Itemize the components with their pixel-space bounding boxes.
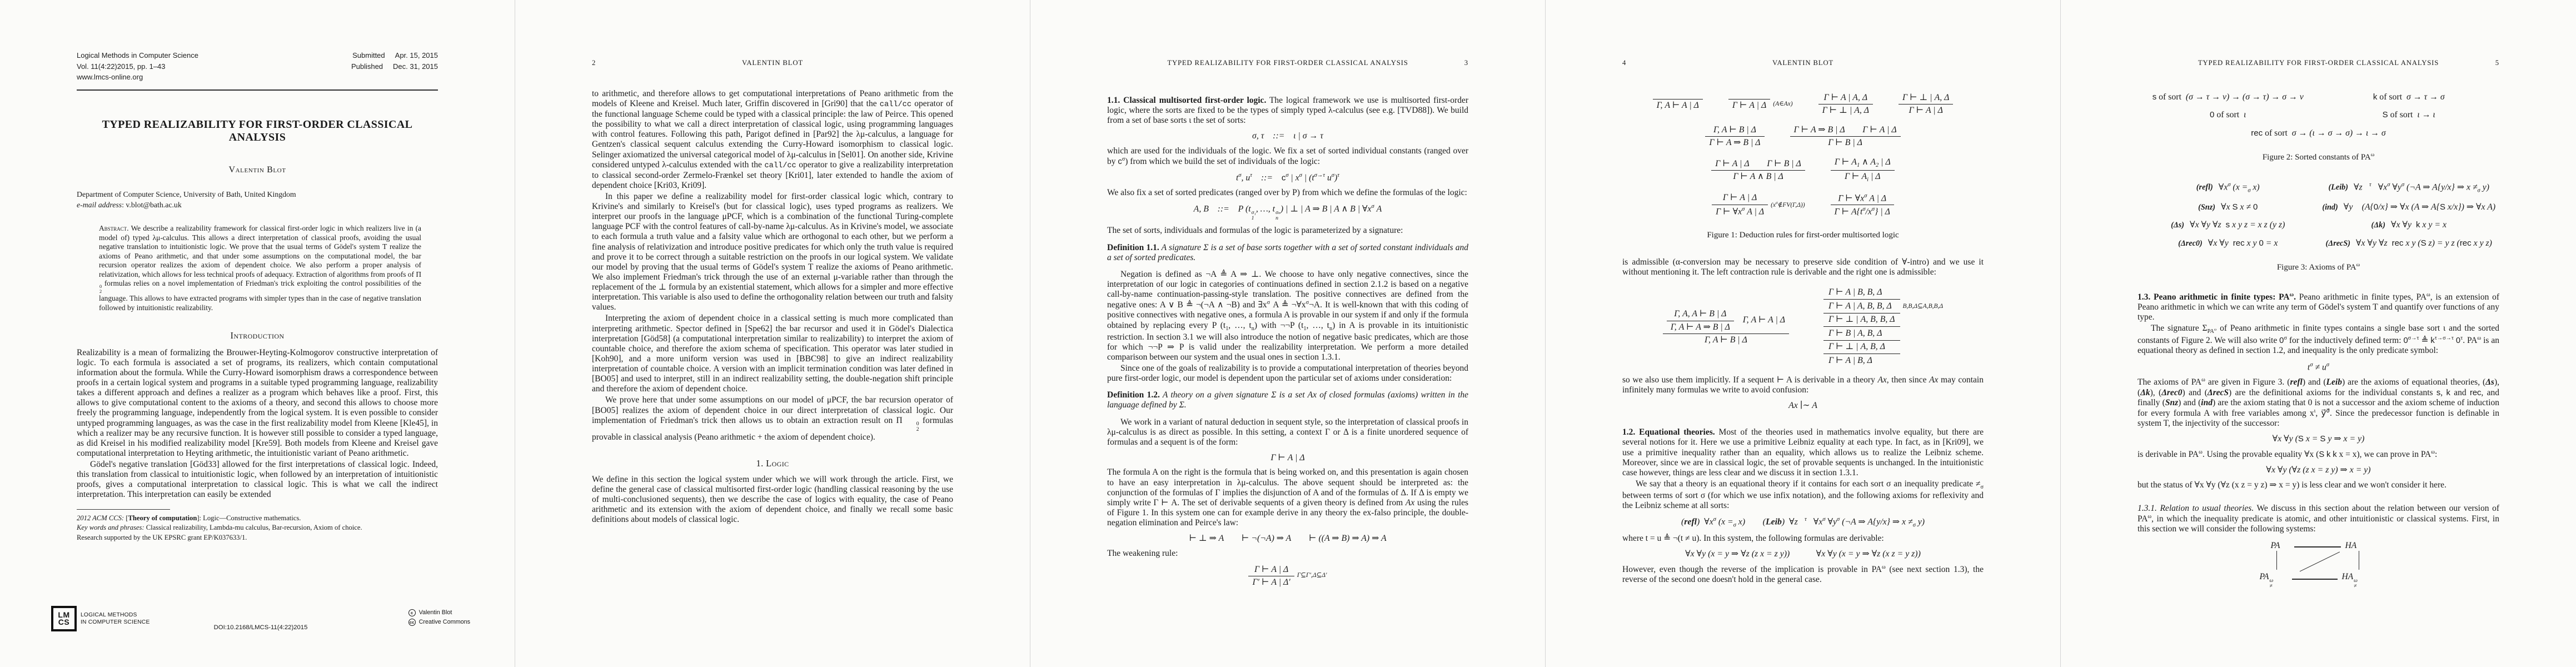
- running-head: TYPED REALIZABILITY FOR FIRST-ORDER CLAS…: [1107, 59, 1468, 68]
- journal-line: Logical Methods in Computer Science: [77, 50, 198, 61]
- section-heading: Introduction: [77, 330, 438, 341]
- page-4: 4VALENTIN BLOTΓ, A ⊢ A | ΔΓ ⊢ A | Δ(A∈Ax…: [1546, 0, 2061, 667]
- axiom: (ind)∀y⃗ (A{0/x} ⇒ ∀x (A ⇒ A{S x/x}) ⇒ ∀…: [2322, 202, 2495, 212]
- credit-text: Creative Commons: [419, 618, 470, 627]
- outer-premises: Γ, A, A ⊢ B | ΔΓ, A ⊢ A ⇒ B | Δ Γ, A ⊢ A…: [1663, 308, 1789, 333]
- inference-rule: Γ ⊢ ⊥ | A, ΔΓ ⊢ A | Δ: [1899, 92, 1953, 116]
- running-head-center: TYPED REALIZABILITY FOR FIRST-ORDER CLAS…: [2198, 59, 2439, 67]
- subsection-paragraph: 1.3.1. Relation to usual theories. We di…: [2137, 504, 2499, 535]
- rules-row: Γ ⊢ A | ΔΓ ⊢ ∀xσ A | Δ(xσ∉FV(Γ,Δ))Γ ⊢ ∀x…: [1622, 192, 1984, 217]
- subsection-label: 1.1. Classical multisorted first-order l…: [1107, 96, 1266, 105]
- paragraph: The signature ΣPAω of Peano arithmetic i…: [2137, 323, 2499, 356]
- date-row: SubmittedApr. 15, 2015: [351, 50, 438, 61]
- running-head: 2VALENTIN BLOT: [592, 59, 953, 68]
- axiom: (Δk)∀x ∀y k x y = x: [2371, 220, 2447, 230]
- date-row: PublishedDec. 31, 2015: [351, 61, 438, 72]
- page-1: Logical Methods in Computer ScienceVol. …: [0, 0, 515, 667]
- rule-fraction: Γ, A ⊢ B | ΔΓ ⊢ A ⇒ B | Δ: [1705, 125, 1764, 148]
- rule-premises: Γ ⊢ ∀xσ A | Δ: [1831, 192, 1894, 205]
- rule-fraction: Γ ⊢ A | Δ: [1728, 97, 1770, 111]
- sequent-line: Γ ⊢ A | B, Δ: [1823, 354, 1900, 367]
- rule-fraction: Γ ⊢ A | A, ΔΓ ⊢ ⊥ | A, Δ: [1818, 92, 1873, 116]
- journal-line: Vol. 11(4:22)2015, pp. 1–43: [77, 61, 198, 72]
- inference-rule: Γ ⊢ A ⇒ B | Δ Γ ⊢ A | ΔΓ ⊢ B | Δ: [1790, 125, 1901, 148]
- inference-rule: Γ ⊢ A | A, ΔΓ ⊢ ⊥ | A, Δ: [1818, 92, 1873, 116]
- rule-conclusion: Γ ⊢ A ∧ B | Δ: [1711, 170, 1805, 182]
- credit-line: cValentin Blot: [408, 608, 470, 618]
- date-label: Published: [351, 61, 383, 72]
- constants-figure: s of sort (σ → τ → ν) → (σ → τ) → σ → νk…: [2137, 92, 2499, 138]
- axiom: (Leib)∀z⃗τ⃗ ∀xσ ∀yσ (¬A ⇒ A{y/x} ⇒ x ≠σ …: [2328, 182, 2489, 195]
- submission-dates: SubmittedApr. 15, 2015PublishedDec. 31, …: [351, 50, 438, 83]
- display-formula: tσ, uτ ::= cσ | xσ | (tσ→τ uσ)τ: [1107, 172, 1468, 183]
- journal-id: Logical Methods in Computer ScienceVol. …: [77, 50, 198, 83]
- rule-premises: Γ ⊢ A | Δ: [1712, 192, 1768, 204]
- footnote-line: Key words and phrases: Classical realiza…: [77, 523, 438, 533]
- license-credits: cValentin BlotccCreative Commons: [408, 608, 470, 628]
- diagram-edge: [2292, 579, 2338, 579]
- page-2: 2VALENTIN BLOTto arithmetic, and therefo…: [515, 0, 1030, 667]
- paragraph: The formula A on the right is the formul…: [1107, 467, 1468, 528]
- constant-decl: s of sort (σ → τ → ν) → (σ → τ) → σ → ν: [2153, 92, 2304, 102]
- axiom-name: (Leib): [2328, 183, 2348, 192]
- constants-grid: s of sort (σ → τ → ν) → (σ → τ) → σ → νk…: [2137, 92, 2499, 121]
- axiom-name: (Δrec0): [2178, 239, 2203, 248]
- display-formula: Ax ∣∼ A: [1622, 401, 1984, 411]
- subsection-paragraph: 1.3. Peano arithmetic in finite types: P…: [2137, 292, 2499, 323]
- paragraph: to arithmetic, and therefore allows to g…: [592, 89, 953, 191]
- credit-text: Valentin Blot: [419, 608, 452, 618]
- paragraph: but the status of ∀x ∀y (∀z (x z = y z) …: [2137, 480, 2499, 490]
- rule-fraction: Γ ⊢ A1 ∧ A2 | ΔΓ ⊢ Ai | Δ: [1831, 157, 1895, 184]
- rule-premises: Γ ⊢ A | Δ: [1248, 564, 1294, 576]
- journal-line: www.lmcs-online.org: [77, 72, 198, 83]
- rule-conclusion: Γ ⊢ ⊥ | A, Δ: [1818, 104, 1873, 116]
- constant-decl: k of sort σ → τ → σ: [2373, 92, 2445, 102]
- running-head-center: VALENTIN BLOT: [1772, 59, 1833, 67]
- subsection-label: 1.3.1. Relation to usual theories.: [2137, 504, 2254, 513]
- systems-diagram-canvas: PAHAPAω≠HAω≠: [2252, 541, 2385, 590]
- copyright-icon: c: [408, 609, 416, 616]
- inference-rule: Γ ⊢ A | ΔΓ ⊢ ∀xσ A | Δ(xσ∉FV(Γ,Δ)): [1712, 192, 1805, 217]
- axiom-name: (ind): [2322, 203, 2338, 212]
- running-head-center: VALENTIN BLOT: [742, 59, 803, 67]
- rule-conclusion: Γ ⊢ A{tσ/xσ} | Δ: [1831, 205, 1894, 217]
- figure-caption: Figure 2: Sorted constants of PAω: [2137, 152, 2499, 163]
- header-rule: [77, 89, 438, 91]
- rule-premises: Γ ⊢ A | A, Δ: [1818, 92, 1873, 104]
- display-formula: tσ ≠ uσ: [2137, 362, 2499, 373]
- display-formula: (refl) ∀xσ (x =σ x) (Leib) ∀z⃗τ⃗ ∀xσ ∀yσ…: [1622, 516, 1984, 529]
- axiom-name: (Snz): [2198, 203, 2215, 212]
- abstract: Abstract. We describe a realizability fr…: [99, 224, 421, 312]
- rule-fraction: Γ ⊢ ∀xσ A | ΔΓ ⊢ A{tσ/xσ} | Δ: [1831, 192, 1894, 217]
- system-node-tr: HA: [2345, 541, 2357, 551]
- inference-rule: Γ, A ⊢ A | Δ: [1653, 97, 1703, 111]
- display-formula: ⊢ ⊥ ⇒ A ⊢ ¬(¬A) ⇒ A ⊢ ((A ⇒ B) ⇒ A) ⇒ A: [1107, 534, 1468, 544]
- display-formula: A, B ::= P (tσ₁1, …, tσₙn) | ⊥ | A ⇒ B |…: [1107, 203, 1468, 221]
- inference-rule: Γ, A ⊢ B | ΔΓ ⊢ A ⇒ B | Δ: [1705, 125, 1764, 148]
- outer-fraction: Γ, A, A ⊢ B | ΔΓ, A ⊢ A ⇒ B | Δ Γ, A ⊢ A…: [1663, 308, 1789, 345]
- rule-premises: Γ ⊢ A1 ∧ A2 | Δ: [1831, 157, 1895, 170]
- rule-conclusion: Γ ⊢ A ⇒ B | Δ: [1705, 136, 1764, 148]
- sequent-line: Γ ⊢ ⊥ | A, B, Δ: [1823, 340, 1900, 354]
- paragraph: We work in a variant of natural deductio…: [1107, 417, 1468, 447]
- footnote-rule: [77, 509, 170, 510]
- display-formula: ∀x ∀y (S x = S y ⇒ x = y): [2137, 434, 2499, 444]
- inner-fraction: Γ, A, A ⊢ B | ΔΓ, A ⊢ A ⇒ B | Δ: [1667, 308, 1734, 332]
- paragraph: We say that a theory is an equational th…: [1622, 479, 1984, 511]
- paragraph: Since one of the goals of realizability …: [1107, 364, 1468, 384]
- system-node-tl: PA: [2271, 541, 2280, 551]
- rule-premises: Γ ⊢ A ⇒ B | Δ Γ ⊢ A | Δ: [1790, 125, 1901, 136]
- paragraph: The axioms of PAω are given in Figure 3.…: [2137, 377, 2499, 429]
- paragraph: The set of sorts, individuals and formul…: [1107, 226, 1468, 236]
- paragraph: We prove here that under some assumption…: [592, 395, 953, 442]
- constant-decl: S of sort ι → ι: [2383, 110, 2435, 120]
- outer-conclusion: Γ, A ⊢ B | Δ: [1663, 333, 1789, 345]
- inference-rule: Γ ⊢ A1 ∧ A2 | ΔΓ ⊢ Ai | Δ: [1831, 157, 1895, 184]
- diagram-edge: [2276, 551, 2277, 570]
- sequent-line: Γ ⊢ A | B, B, Δ: [1823, 286, 1900, 299]
- paragraph: The weakening rule:: [1107, 549, 1468, 559]
- author-name: Valentin Blot: [77, 165, 438, 176]
- affiliation: Department of Computer Science, Universi…: [77, 190, 438, 210]
- paragraph: However, even though the reverse of the …: [1622, 564, 1984, 585]
- system-node-bl: PAω≠: [2260, 572, 2274, 589]
- paragraph: We define in this section the logical sy…: [592, 475, 953, 525]
- abstract-label: Abstract.: [99, 224, 129, 232]
- journal-info: Logical Methods in Computer ScienceVol. …: [77, 50, 438, 83]
- rule-conclusion: Γ ⊢ Ai | Δ: [1831, 170, 1895, 183]
- figure-caption: Figure 1: Deduction rules for first-orde…: [1622, 231, 1984, 241]
- paragraph: Gödel's negative translation [Göd33] all…: [77, 460, 438, 500]
- cc-icon: cc: [408, 619, 416, 626]
- weakening-fraction: Γ ⊢ A | ΔΓ′ ⊢ A | Δ′Γ⊆Γ′,Δ⊆Δ′: [1248, 564, 1327, 588]
- rule-side-condition: B,B,Δ⊆A,B,B,Δ: [1903, 303, 1944, 310]
- paragraph: where t = u ≜ ¬(t ≠ u). In this system, …: [1622, 534, 1984, 544]
- date-value: Dec. 31, 2015: [393, 61, 438, 72]
- rule-conclusion: Γ, A ⊢ A | Δ: [1653, 99, 1703, 111]
- subsection-paragraph: 1.2. Equational theories. Most of the th…: [1622, 427, 1984, 478]
- rule-fraction: Γ ⊢ A | ΔΓ′ ⊢ A | Δ′: [1248, 564, 1294, 588]
- document: Logical Methods in Computer ScienceVol. …: [0, 0, 2576, 667]
- definition: Definition 1.2. A theory on a given sign…: [1107, 390, 1468, 410]
- rule-conclusion: Γ ⊢ B | Δ: [1790, 136, 1901, 148]
- section-heading: 1. Logic: [592, 458, 953, 469]
- axiom: (ΔrecS)∀x ∀y ∀z rec x y (S z) = y z (rec…: [2326, 238, 2492, 248]
- paragraph: In this paper we define a realizability …: [592, 192, 953, 313]
- running-head-left: 4: [1622, 59, 1626, 67]
- inference-rule: Γ ⊢ A | Δ Γ ⊢ B | ΔΓ ⊢ A ∧ B | Δ: [1711, 158, 1805, 182]
- page-footer: LMCSLOGICAL METHODSIN COMPUTER SCIENCEDO…: [51, 606, 470, 633]
- inference-rule: Γ ⊢ A | Δ(A∈Ax): [1728, 97, 1793, 111]
- definition-label: Definition 1.2.: [1107, 390, 1160, 400]
- contraction-derivations: Γ, A, A ⊢ B | ΔΓ, A ⊢ A ⇒ B | Δ Γ, A ⊢ A…: [1622, 286, 1984, 367]
- rule-conclusion: Γ ⊢ A | Δ: [1899, 104, 1953, 116]
- subsection-label: 1.2. Equational theories.: [1622, 427, 1715, 437]
- axiom-name: (ΔrecS): [2326, 239, 2350, 248]
- rule-side-condition: (xσ∉FV(Γ,Δ)): [1771, 201, 1805, 209]
- weakening-rule: Γ ⊢ A | ΔΓ′ ⊢ A | Δ′Γ⊆Γ′,Δ⊆Δ′: [1107, 564, 1468, 588]
- credit-line: ccCreative Commons: [408, 618, 470, 627]
- constant-decl: rec of sort σ → (ι → σ → σ) → ι → σ: [2137, 128, 2499, 138]
- rule-fraction: Γ ⊢ ⊥ | A, ΔΓ ⊢ A | Δ: [1899, 92, 1953, 116]
- rule-fraction: Γ ⊢ A ⇒ B | Δ Γ ⊢ A | ΔΓ ⊢ B | Δ: [1790, 125, 1901, 148]
- rule-conclusion: Γ ⊢ ∀xσ A | Δ: [1712, 205, 1768, 217]
- footnote-line: 2012 ACM CCS: [Theory of computation]: L…: [77, 514, 438, 524]
- paragraph: Interpreting the axiom of dependent choi…: [592, 313, 953, 394]
- rule-conclusion: Γ′ ⊢ A | Δ′: [1248, 576, 1294, 588]
- systems-diagram: PAHAPAω≠HAω≠: [2137, 541, 2499, 590]
- page-3: TYPED REALIZABILITY FOR FIRST-ORDER CLAS…: [1030, 0, 1546, 667]
- rule-side-condition: Γ⊆Γ′,Δ⊆Δ′: [1297, 572, 1327, 579]
- sequent-line: Γ ⊢ B | A, B, Δ: [1823, 326, 1900, 340]
- rules-row: Γ ⊢ A | Δ Γ ⊢ B | ΔΓ ⊢ A ∧ B | ΔΓ ⊢ A1 ∧…: [1622, 157, 1984, 184]
- system-node-br: HAω≠: [2342, 572, 2358, 589]
- right-derivation: Γ ⊢ A | B, B, ΔΓ ⊢ A | A, B, B, ΔΓ ⊢ ⊥ |…: [1823, 286, 1943, 367]
- axiom: (refl)∀xσ (x =σ x): [2196, 182, 2260, 195]
- footnote-line: Research supported by the UK EPSRC grant…: [77, 533, 438, 543]
- subsection-label: 1.3. Peano arithmetic in finite types: P…: [2137, 292, 2296, 302]
- rule-premises: Γ ⊢ A | Δ Γ ⊢ B | Δ: [1711, 158, 1805, 170]
- diagram-edge: [2294, 546, 2341, 547]
- axiom-name: (Δk): [2371, 221, 2386, 230]
- left-derivation: Γ, A, A ⊢ B | ΔΓ, A ⊢ A ⇒ B | Δ Γ, A ⊢ A…: [1663, 308, 1789, 345]
- diagram-edge: [2359, 551, 2359, 570]
- paragraph: so we also use them implicitly. If a seq…: [1622, 375, 1984, 395]
- paragraph: We also fix a set of sorted predicates (…: [1107, 188, 1468, 198]
- running-head: TYPED REALIZABILITY FOR FIRST-ORDER CLAS…: [2137, 59, 2499, 68]
- paper-title: TYPED REALIZABILITY FOR FIRST-ORDER CLAS…: [77, 118, 438, 145]
- page-5: TYPED REALIZABILITY FOR FIRST-ORDER CLAS…: [2061, 0, 2576, 667]
- rule-conclusion: Γ ⊢ A | Δ: [1728, 99, 1770, 111]
- rule-premises: Γ ⊢ ⊥ | A, Δ: [1899, 92, 1953, 104]
- paragraph: is admissible (α-conversion may be neces…: [1622, 257, 1984, 277]
- rule-premises: Γ, A ⊢ B | Δ: [1705, 125, 1764, 136]
- paragraph: Realizability is a mean of formalizing t…: [77, 348, 438, 459]
- running-head-right: 3: [1464, 59, 1468, 67]
- display-formula: ∀x ∀y (∀z (z x = z y) ⇒ x = y): [2137, 465, 2499, 475]
- running-head-right: 5: [2495, 59, 2499, 67]
- paragraph: is derivable in PAω. Using the provable …: [2137, 449, 2499, 460]
- axiom: (Δrec0)∀x ∀y rec x y 0 = x: [2178, 238, 2278, 248]
- sequent-stack: Γ ⊢ A | B, B, ΔΓ ⊢ A | A, B, B, ΔΓ ⊢ ⊥ |…: [1823, 286, 1900, 367]
- running-head: 4VALENTIN BLOT: [1622, 59, 1984, 68]
- second-premise: Γ, A ⊢ A | Δ: [1734, 315, 1785, 325]
- rule-fraction: Γ ⊢ A | ΔΓ ⊢ ∀xσ A | Δ: [1712, 192, 1768, 217]
- axiom: (Snz)∀x S x ≠ 0: [2198, 202, 2258, 212]
- axiom-name: (refl): [2196, 183, 2213, 192]
- subsection-paragraph: 1.1. Classical multisorted first-order l…: [1107, 96, 1468, 126]
- affiliation-line: e-mail address: v.blot@bath.ac.uk: [77, 201, 438, 210]
- rules-figure: Γ, A ⊢ A | ΔΓ ⊢ A | Δ(A∈Ax)Γ ⊢ A | A, ΔΓ…: [1622, 92, 1984, 217]
- rules-row: Γ, A ⊢ A | ΔΓ ⊢ A | Δ(A∈Ax)Γ ⊢ A | A, ΔΓ…: [1622, 92, 1984, 116]
- rule-fraction: Γ, A ⊢ A | Δ: [1653, 97, 1703, 111]
- definition-label: Definition 1.1.: [1107, 243, 1159, 252]
- display-formula: ∀x ∀y (x = y ⇒ ∀z (z x = z y)) ∀x ∀y (x …: [1622, 549, 1984, 559]
- figure-caption: Figure 3: Axioms of PAω: [2137, 262, 2499, 273]
- rule-fraction: Γ ⊢ A | Δ Γ ⊢ B | ΔΓ ⊢ A ∧ B | Δ: [1711, 158, 1805, 182]
- constant-decl: 0 of sort ι: [2210, 110, 2246, 120]
- doi-text: DOI:10.2168/LMCS-11(4:22)2015: [51, 624, 470, 631]
- paragraph: Negation is defined as ¬A ≜ A ⇒ ⊥. We ch…: [1107, 270, 1468, 362]
- display-formula: Γ ⊢ A | Δ: [1107, 453, 1468, 463]
- inference-rule: Γ ⊢ ∀xσ A | ΔΓ ⊢ A{tσ/xσ} | Δ: [1831, 192, 1894, 217]
- rule-side-condition: (A∈Ax): [1773, 101, 1792, 108]
- date-label: Submitted: [352, 50, 385, 61]
- axiom-name: (Δs): [2171, 221, 2184, 230]
- axioms-grid: (refl)∀xσ (x =σ x)(Leib)∀z⃗τ⃗ ∀xσ ∀yσ (¬…: [2137, 182, 2499, 248]
- footnote-block: 2012 ACM CCS: [Theory of computation]: L…: [77, 509, 438, 543]
- sequent-line: Γ ⊢ A | A, B, B, Δ: [1823, 299, 1900, 312]
- paragraph: which are used for the individuals of th…: [1107, 146, 1468, 167]
- sequent-line: Γ ⊢ ⊥ | A, B, B, Δ: [1823, 313, 1900, 326]
- axioms-figure: (refl)∀xσ (x =σ x)(Leib)∀z⃗τ⃗ ∀xσ ∀yσ (¬…: [2137, 182, 2499, 248]
- affiliation-line: Department of Computer Science, Universi…: [77, 190, 438, 199]
- axiom: (Δs)∀x ∀y ∀z s x y z = x z (y z): [2171, 220, 2285, 230]
- running-head-center: TYPED REALIZABILITY FOR FIRST-ORDER CLAS…: [1167, 59, 1408, 67]
- date-value: Apr. 15, 2015: [395, 50, 438, 61]
- rules-row: Γ, A ⊢ B | ΔΓ ⊢ A ⇒ B | ΔΓ ⊢ A ⇒ B | Δ Γ…: [1622, 125, 1984, 148]
- definition: Definition 1.1. A signature Σ is a set o…: [1107, 243, 1468, 263]
- running-head-left: 2: [592, 59, 596, 67]
- display-formula: σ, τ ::= ι | σ → τ: [1107, 131, 1468, 141]
- diagram-edge: [2299, 552, 2339, 572]
